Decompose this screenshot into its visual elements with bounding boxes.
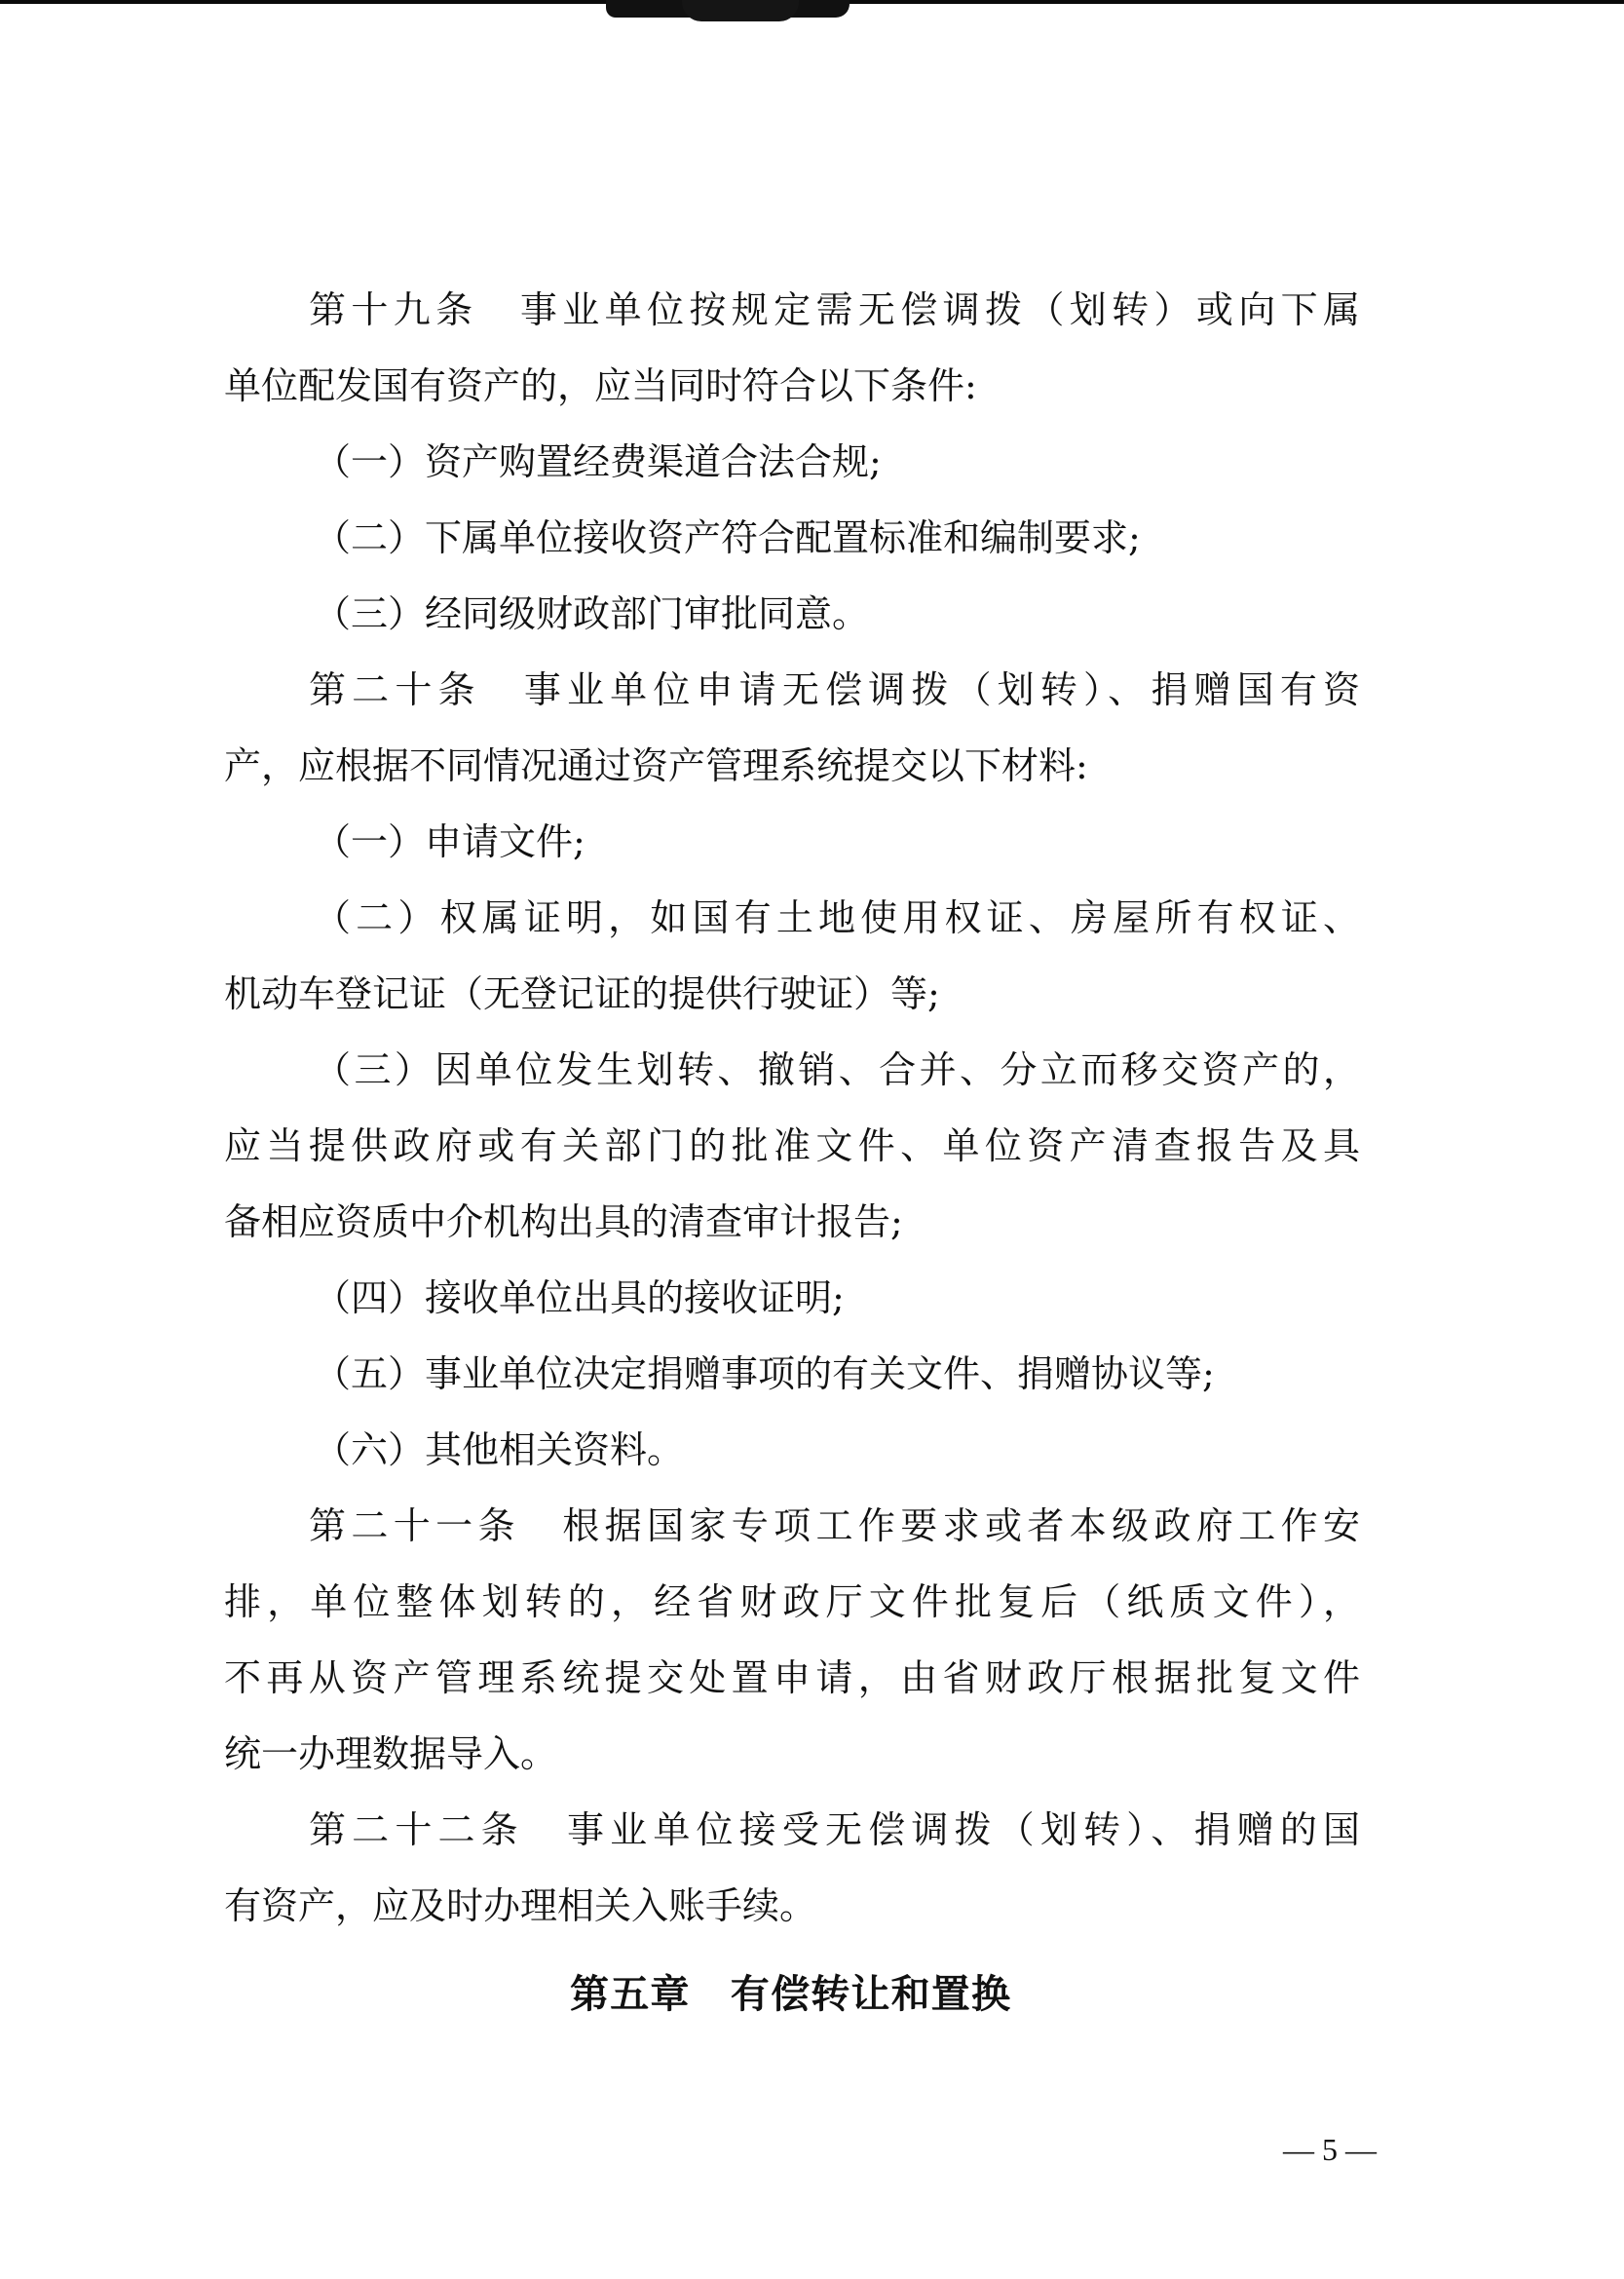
article-19-item-1: （一）资产购置经费渠道合法合规; <box>314 440 1360 483</box>
article-20-item-2: （二）权属证明，如国有土地使用权证、房屋所有权证、 <box>314 896 1360 939</box>
page-number: — 5 — <box>1264 2132 1396 2167</box>
article-21-line-4: 统一办理数据导入。 <box>224 1732 1360 1775</box>
article-20-item-2-cont: 机动车登记证（无登记证的提供行驶证）等; <box>224 972 1360 1015</box>
article-20-item-4: （四）接收单位出具的接收证明; <box>314 1276 1360 1319</box>
article-21-line-1: 第二十一条 根据国家专项工作要求或者本级政府工作安 <box>309 1504 1360 1547</box>
article-20-line-1: 第二十条 事业单位申请无偿调拨（划转）、捐赠国有资 <box>309 668 1360 711</box>
chapter-heading: 第五章 有偿转让和置换 <box>570 1972 1010 2017</box>
article-20-item-3-cont-1: 应当提供政府或有关部门的批准文件、单位资产清查报告及具 <box>224 1124 1360 1167</box>
article-22-line-1: 第二十二条 事业单位接受无偿调拨（划转）、捐赠的国 <box>309 1808 1360 1851</box>
article-20-line-2: 产，应根据不同情况通过资产管理系统提交以下材料: <box>224 744 1360 787</box>
document-page: 第十九条 事业单位按规定需无偿调拨（划转）或向下属 单位配发国有资产的，应当同时… <box>0 0 1624 2279</box>
article-19-line-2: 单位配发国有资产的，应当同时符合以下条件: <box>224 364 1360 407</box>
article-21-line-2: 排，单位整体划转的，经省财政厅文件批复后（纸质文件）， <box>224 1580 1360 1623</box>
article-19-line-1: 第十九条 事业单位按规定需无偿调拨（划转）或向下属 <box>309 288 1360 331</box>
article-21-line-3: 不再从资产管理系统提交处置申请，由省财政厅根据批复文件 <box>224 1656 1360 1699</box>
article-20-item-3: （三）因单位发生划转、撤销、合并、分立而移交资产的， <box>314 1048 1360 1091</box>
article-20-item-5: （五）事业单位决定捐赠事项的有关文件、捐赠协议等; <box>314 1352 1360 1395</box>
article-20-item-1: （一）申请文件; <box>314 820 1360 863</box>
article-22-line-2: 有资产，应及时办理相关入账手续。 <box>224 1884 1360 1927</box>
article-19-item-3: （三）经同级财政部门审批同意。 <box>314 592 1360 635</box>
article-20-item-6: （六）其他相关资料。 <box>314 1428 1360 1471</box>
article-20-item-3-cont-2: 备相应资质中介机构出具的清查审计报告; <box>224 1200 1360 1243</box>
article-19-item-2: （二）下属单位接收资产符合配置标准和编制要求; <box>314 516 1360 559</box>
